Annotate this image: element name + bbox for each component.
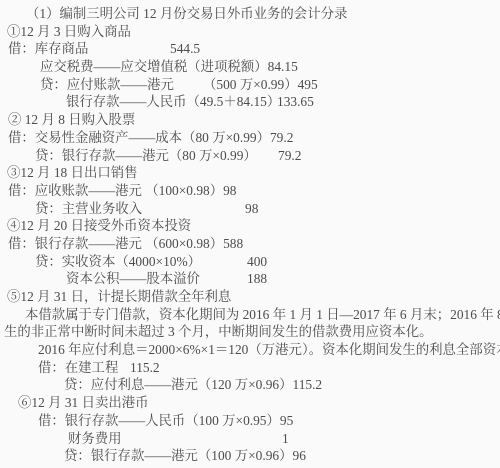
doc-line-24: 借：银行存款——人民币（100 万×0.95）95	[0, 412, 500, 430]
doc-line-9: 贷：银行存款——港元（80 万×0.99）79.2	[0, 147, 500, 165]
doc-line-amount: 400	[247, 253, 267, 271]
accounting-entries-document: （1）编制三明公司 12 月份交易日外币业务的会计分录①12 月 3 日购入商品…	[0, 0, 500, 468]
doc-line-text: 2016 年应付利息＝2000×6%×1＝120（万港元）。资本化期间发生的利息…	[38, 341, 500, 359]
doc-line-amount: 1	[282, 430, 289, 448]
doc-line-text: ⑥12 月 31 日卖出港币	[18, 394, 149, 412]
doc-line-amount: 133.65	[277, 93, 314, 111]
doc-line-11: 借：应收账款——港元 （100×0.98）98	[0, 182, 500, 200]
doc-line-amount: 79.2	[278, 147, 301, 165]
doc-line-25: 财务费用1	[0, 430, 500, 448]
doc-line-22: 贷：应付利息——港元（120 万×0.96）115.2	[0, 376, 500, 394]
doc-line-19: 生的非正常中断时间未超过 3 个月，中断期间发生的借款费用应资本化。	[0, 323, 500, 341]
doc-line-7: ② 12 月 8 日购入股票	[0, 111, 500, 129]
doc-line-14: 借：银行存款——港元 （600×0.98）588	[0, 235, 500, 253]
doc-line-13: ④12 月 20 日接受外币资本投资	[0, 217, 500, 235]
doc-line-text: 贷：银行存款——港元（80 万×0.99）	[35, 147, 257, 165]
doc-line-text: 贷：主营业务收入	[35, 200, 142, 218]
doc-line-18: 本借款属于专门借款，资本化期间为 2016 年 1 月 1 日—2017 年 6…	[0, 306, 500, 324]
doc-line-4: 应交税费——应交增值税（进项税额）84.15	[0, 58, 500, 76]
doc-line-20: 2016 年应付利息＝2000×6%×1＝120（万港元）。资本化期间发生的利息…	[0, 341, 500, 359]
document-lines: （1）编制三明公司 12 月份交易日外币业务的会计分录①12 月 3 日购入商品…	[0, 5, 500, 465]
doc-line-text: 借：应收账款——港元 （100×0.98）98	[8, 182, 237, 200]
doc-line-amount: （500 万×0.99）495	[203, 76, 318, 94]
doc-line-text: ④12 月 20 日接受外币资本投资	[7, 217, 191, 235]
doc-line-amount: 188	[247, 270, 267, 288]
doc-line-text: ①12 月 3 日购入商品	[7, 23, 131, 41]
doc-line-text: 借：银行存款——港元 （600×0.98）588	[8, 235, 243, 253]
doc-line-text: ③12 月 18 日出口销售	[7, 164, 138, 182]
doc-line-12: 贷：主营业务收入98	[0, 200, 500, 218]
doc-line-26: 贷：银行存款——港元（100 万×0.96）96	[0, 447, 500, 465]
doc-line-text: 贷：应付账款——港元	[40, 76, 174, 94]
doc-line-text: 银行存款——人民币（49.5＋84.15）	[66, 93, 280, 111]
doc-line-text: 资本公积——股本溢价	[66, 270, 200, 288]
doc-line-2: ①12 月 3 日购入商品	[0, 23, 500, 41]
doc-line-amount: 115.2	[130, 359, 160, 377]
doc-line-text: 贷：实收资本（4000×10%）	[35, 253, 201, 271]
doc-line-text: 财务费用	[68, 430, 122, 448]
doc-line-17: ⑤12 月 31 日，计提长期借款全年利息	[0, 288, 500, 306]
doc-line-text: 贷：银行存款——港元（100 万×0.96）96	[64, 447, 306, 465]
doc-line-text: ⑤12 月 31 日，计提长期借款全年利息	[7, 288, 231, 306]
doc-line-text: 借：库存商品	[8, 40, 88, 58]
doc-line-text: 本借款属于专门借款，资本化期间为 2016 年 1 月 1 日—2017 年 6…	[25, 306, 500, 324]
doc-line-8: 借：交易性金融资产——成本（80 万×0.99）79.2	[0, 129, 500, 147]
doc-line-text: ② 12 月 8 日购入股票	[8, 111, 135, 129]
page: { "colors": { "background": "#fafafa", "…	[0, 0, 500, 468]
doc-line-text: 借：在建工程	[38, 359, 118, 377]
doc-line-23: ⑥12 月 31 日卖出港币	[0, 394, 500, 412]
doc-line-text: 借：交易性金融资产——成本（80 万×0.99）79.2	[8, 129, 293, 147]
doc-line-16: 资本公积——股本溢价188	[0, 270, 500, 288]
doc-line-text: 生的非正常中断时间未超过 3 个月，中断期间发生的借款费用应资本化。	[4, 323, 433, 341]
doc-line-1: （1）编制三明公司 12 月份交易日外币业务的会计分录	[0, 5, 500, 23]
doc-line-text: 应交税费——应交增值税（进项税额）84.15	[40, 58, 298, 76]
doc-line-text: 贷：应付利息——港元（120 万×0.96）115.2	[64, 376, 322, 394]
doc-line-amount: 98	[245, 200, 258, 218]
doc-line-21: 借：在建工程115.2	[0, 359, 500, 377]
doc-line-5: 贷：应付账款——港元（500 万×0.99）495	[0, 76, 500, 94]
doc-line-10: ③12 月 18 日出口销售	[0, 164, 500, 182]
doc-line-6: 银行存款——人民币（49.5＋84.15）133.65	[0, 93, 500, 111]
doc-line-text: （1）编制三明公司 12 月份交易日外币业务的会计分录	[26, 5, 347, 23]
doc-line-amount: 544.5	[170, 40, 200, 58]
doc-line-15: 贷：实收资本（4000×10%）400	[0, 253, 500, 271]
doc-line-3: 借：库存商品544.5	[0, 40, 500, 58]
doc-line-text: 借：银行存款——人民币（100 万×0.95）95	[38, 412, 293, 430]
